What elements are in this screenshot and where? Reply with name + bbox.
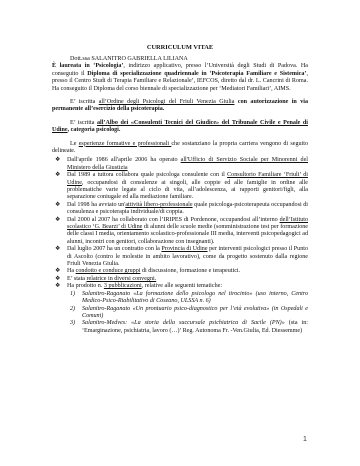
publication-item: 3)Salanitro-Medves: «La storia della suc… bbox=[72, 320, 308, 335]
diamond-star-bullet-icon: ❖ bbox=[55, 268, 60, 275]
document-title: CURRICULUM VITAE bbox=[52, 44, 308, 51]
experience-list: ❖Dall'aprile 1986 all'aprile 2006 ha ope… bbox=[52, 157, 308, 290]
list-item: ❖Ha prodotto n. 3 pubblicazioni, relativ… bbox=[52, 283, 308, 290]
diamond-star-bullet-icon: ❖ bbox=[55, 202, 60, 209]
document-body: CURRICULUM VITAE Dott.ssa SALANITRO GABR… bbox=[52, 44, 308, 335]
list-item: ❖Dal 2000 al 2007 ha collaborato con l’I… bbox=[52, 217, 308, 247]
diamond-star-bullet-icon: ❖ bbox=[55, 283, 60, 290]
list-item: ❖Dal 1998 ha avviato un'attività libero-… bbox=[52, 202, 308, 217]
document-page: CURRICULUM VITAE Dott.ssa SALANITRO GABR… bbox=[0, 0, 360, 466]
intro-paragraph: È laureata in ‘Psicologia’, indirizzo ap… bbox=[52, 63, 308, 93]
list-item: ❖Dall'aprile 1986 all'aprile 2006 ha ope… bbox=[52, 157, 308, 172]
albo-paragraph: E’ iscritta all’Albo dei «Consulenti Tec… bbox=[52, 120, 308, 135]
publications-list: 1)Salanitro-Raganato «La formazione dell… bbox=[52, 291, 308, 335]
list-item: ❖E’ stata relatrice in diversi convegni. bbox=[52, 276, 308, 283]
publication-item: 1)Salanitro-Raganato «La formazione dell… bbox=[72, 291, 308, 306]
diamond-star-bullet-icon: ❖ bbox=[55, 246, 60, 253]
page-number: 1 bbox=[303, 436, 307, 443]
list-item: ❖Dal luglio 2007 ha un contratto con la … bbox=[52, 246, 308, 268]
diamond-star-bullet-icon: ❖ bbox=[55, 217, 60, 224]
diamond-star-bullet-icon: ❖ bbox=[55, 276, 60, 283]
diamond-star-bullet-icon: ❖ bbox=[55, 172, 60, 179]
ordine-link: all’Ordine degli Psicologi del Friuli Ve… bbox=[99, 99, 235, 105]
ordine-paragraph: E’ iscritta all’Ordine degli Psicologi d… bbox=[52, 99, 308, 114]
publication-item: 2)Salanitro-Raganato «Un prontuario psic… bbox=[72, 306, 308, 321]
diamond-star-bullet-icon: ❖ bbox=[55, 157, 60, 164]
list-item: ❖Ha condotto e conduce gruppi di discuss… bbox=[52, 268, 308, 275]
esperienze-paragraph: Le esperienze formative e professionali … bbox=[52, 141, 308, 156]
list-item: ❖Dal 1989 a tuttora collabora quale psic… bbox=[52, 172, 308, 202]
